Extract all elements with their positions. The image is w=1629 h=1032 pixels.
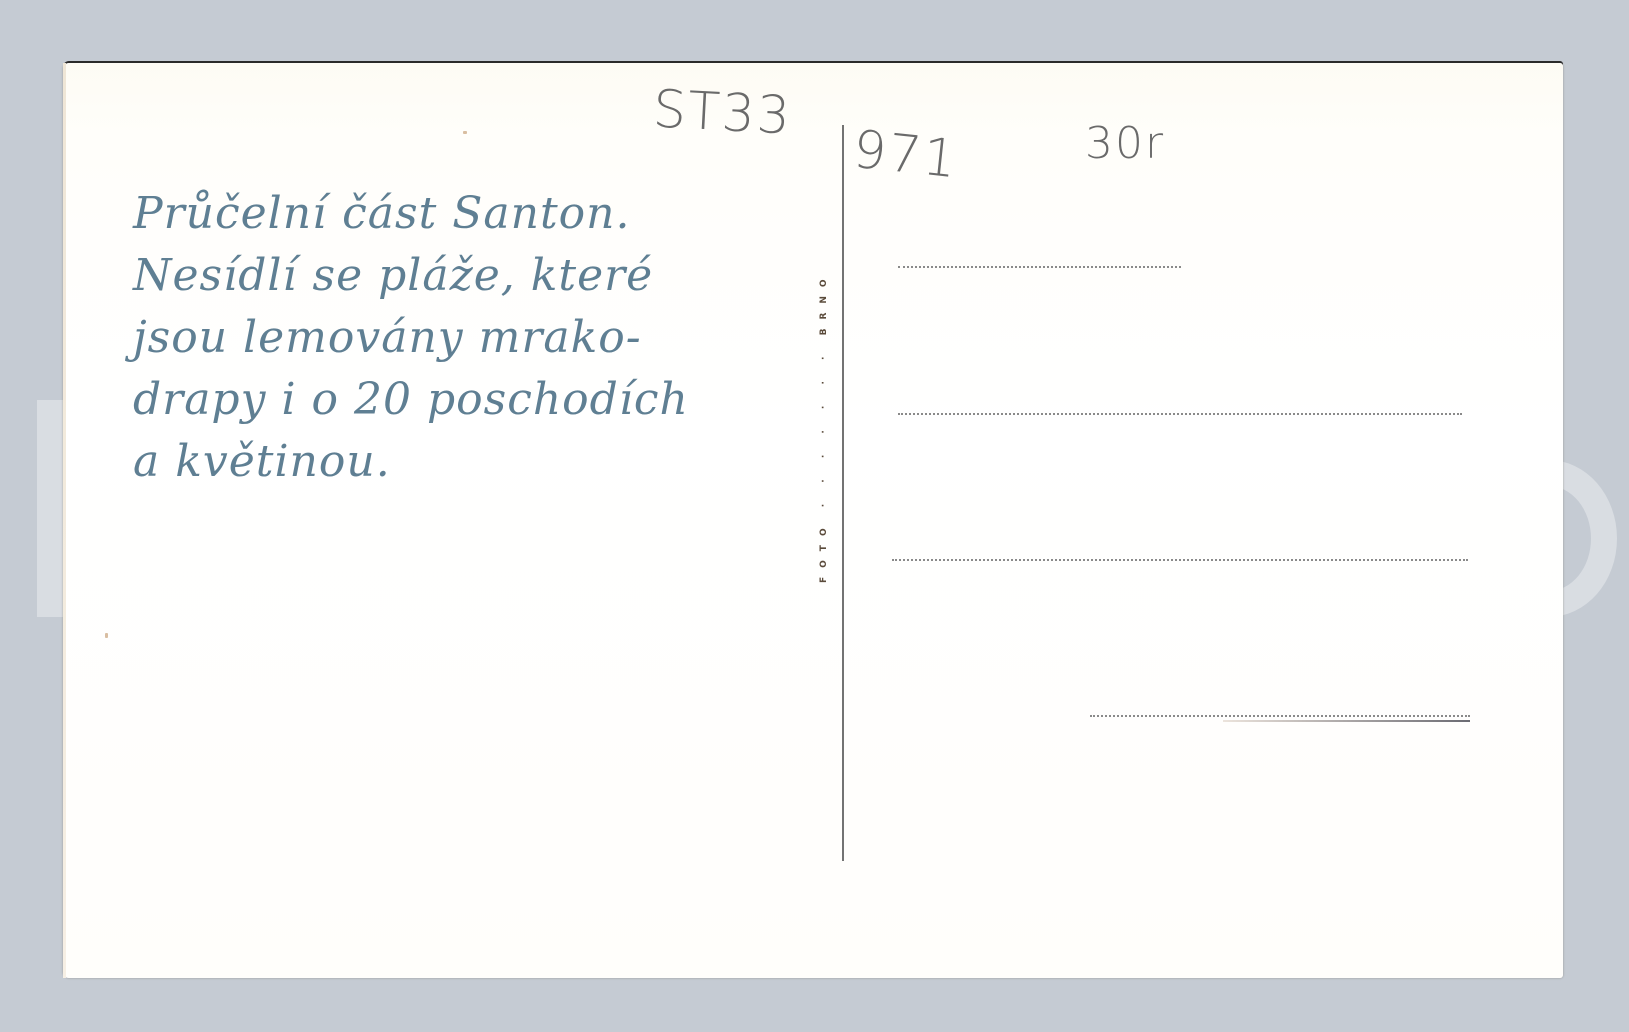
message-line: jsou lemovány mrako- [133, 307, 833, 369]
message-line: Nesídlí se pláže, které [133, 245, 833, 307]
message-line: a květinou. [133, 431, 833, 493]
handwritten-message: Průčelní část Santon. Nesídlí se pláže, … [133, 183, 833, 493]
address-line-2 [898, 413, 1462, 415]
pencil-inventory-code-suffix: 971 [850, 120, 961, 191]
message-line: drapy i o 20 poschodích [133, 369, 833, 431]
message-line: Průčelní část Santon. [133, 183, 833, 245]
pencil-inventory-code: ST33 [652, 79, 794, 146]
printer-imprint: FOTO · · · · · · · BRNO [819, 243, 829, 583]
pencil-price: 30r [1085, 118, 1165, 169]
postcard: ST33 971 30r Průčelní část Santon. Nesíd… [63, 63, 1563, 978]
paper-speck [105, 633, 108, 638]
address-line-1 [898, 266, 1181, 268]
address-line-4 [1090, 715, 1470, 717]
address-line-3 [892, 559, 1468, 561]
address-line-4-underline [1223, 720, 1470, 722]
center-divider [842, 125, 844, 861]
paper-speck [463, 131, 467, 134]
